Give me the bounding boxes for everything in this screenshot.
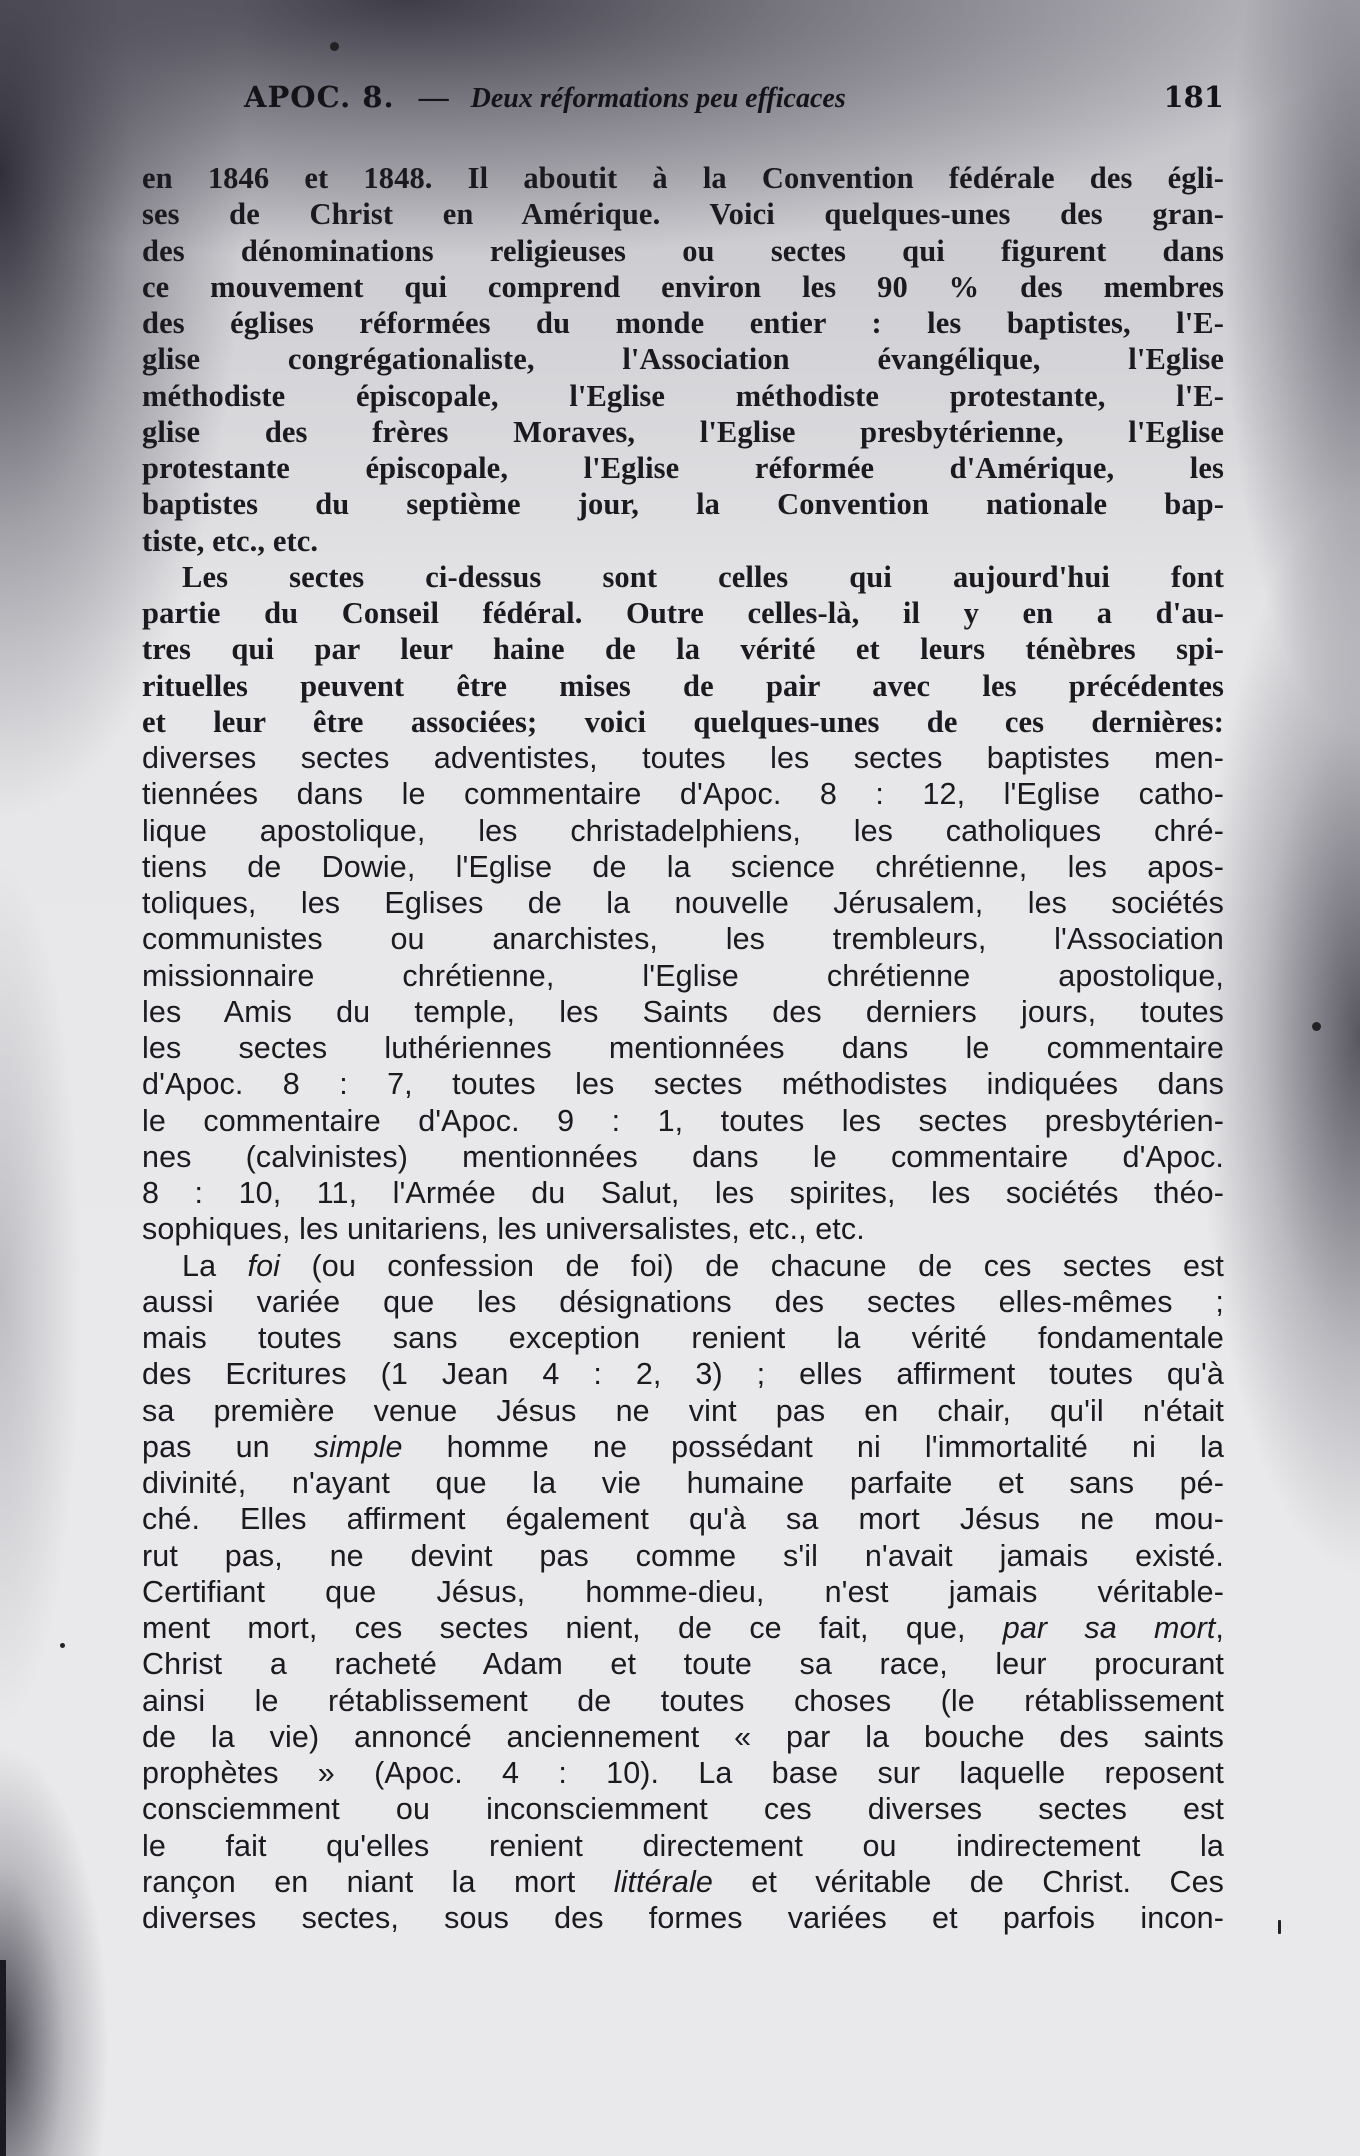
text-line: 8 : 10, 11, l'Armée du Salut, les spirit… xyxy=(142,1175,1224,1211)
text-line: lique apostolique, les christadelphiens,… xyxy=(142,813,1224,849)
text-line: toliques, les Eglises de la nouvelle Jér… xyxy=(142,885,1224,921)
text-line: ment mort, ces sectes nient, de ce fait,… xyxy=(142,1610,1224,1646)
paragraph-3: La foi (ou confession de foi) de chacune… xyxy=(142,1248,1224,1937)
text-line: méthodiste épiscopale, l'Eglise méthodis… xyxy=(142,378,1224,414)
text-line: diverses sectes adventistes, toutes les … xyxy=(142,740,1224,776)
italic-emphasis: par sa mort xyxy=(1003,1611,1216,1645)
text-line: des Ecritures (1 Jean 4 : 2, 3) ; elles … xyxy=(142,1356,1224,1392)
header-dash: — xyxy=(419,81,449,115)
text-line: et leur être associées; voici quelques-u… xyxy=(142,704,1224,740)
text-line: rançon en niant la mort littérale et vér… xyxy=(142,1864,1224,1900)
text-line: protestante épiscopale, l'Eglise réformé… xyxy=(142,450,1224,486)
text-line: sa première venue Jésus ne vint pas en c… xyxy=(142,1393,1224,1429)
text-line: La foi (ou confession de foi) de chacune… xyxy=(142,1248,1224,1284)
italic-emphasis: simple xyxy=(314,1430,403,1464)
scan-speck xyxy=(1312,1022,1321,1031)
text-line: Christ a racheté Adam et toute sa race, … xyxy=(142,1646,1224,1682)
text-line: aussi variée que les désignations des se… xyxy=(142,1284,1224,1320)
text-line: de la vie) annoncé anciennement « par la… xyxy=(142,1719,1224,1755)
text-line: le commentaire d'Apoc. 9 : 1, toutes les… xyxy=(142,1103,1224,1139)
text-line: pas un simple homme ne possédant ni l'im… xyxy=(142,1429,1224,1465)
text-line: baptistes du septième jour, la Conventio… xyxy=(142,486,1224,522)
text-line: des églises réformées du monde entier : … xyxy=(142,305,1224,341)
running-header: APOC. 8. — Deux réformations peu efficac… xyxy=(244,80,1224,130)
text-line: rituelles peuvent être mises de pair ave… xyxy=(142,668,1224,704)
scan-speck xyxy=(1278,1920,1281,1934)
italic-emphasis: littérale xyxy=(614,1865,713,1899)
text-line: rut pas, ne devint pas comme s'il n'avai… xyxy=(142,1538,1224,1574)
text-line: prophètes » (Apoc. 4 : 10). La base sur … xyxy=(142,1755,1224,1791)
text-line: ainsi le rétablissement de toutes choses… xyxy=(142,1683,1224,1719)
text-line: mais toutes sans exception renient la vé… xyxy=(142,1320,1224,1356)
text-line: d'Apoc. 8 : 7, toutes les sectes méthodi… xyxy=(142,1066,1224,1102)
text-line: glise des frères Moraves, l'Eglise presb… xyxy=(142,414,1224,450)
text-line: diverses sectes, sous des formes variées… xyxy=(142,1900,1224,1936)
text-line: le fait qu'elles renient directement ou … xyxy=(142,1828,1224,1864)
text-line: ce mouvement qui comprend environ les 90… xyxy=(142,269,1224,305)
text-line: communistes ou anarchistes, les trembleu… xyxy=(142,921,1224,957)
text-line: nes (calvinistes) mentionnées dans le co… xyxy=(142,1139,1224,1175)
text-line: sophiques, les unitariens, les universal… xyxy=(142,1211,1224,1247)
text-line: les sectes luthériennes mentionnées dans… xyxy=(142,1030,1224,1066)
text-line: en 1846 et 1848. Il aboutit à la Convent… xyxy=(142,160,1224,196)
text-line: Certifiant que Jésus, homme-dieu, n'est … xyxy=(142,1574,1224,1610)
scan-speck xyxy=(60,1643,65,1648)
text-line: tres qui par leur haine de la vérité et … xyxy=(142,631,1224,667)
text-line: tiste, etc., etc. xyxy=(142,523,1224,559)
chapter-reference: APOC. 8. xyxy=(244,80,395,114)
text-line: ché. Elles affirment également qu'à sa m… xyxy=(142,1501,1224,1537)
page-number: 181 xyxy=(1163,80,1224,114)
running-title: Deux réformations peu efficaces xyxy=(471,83,846,115)
paragraph-1: en 1846 et 1848. Il aboutit à la Convent… xyxy=(142,160,1224,559)
text-line: Les sectes ci-dessus sont celles qui auj… xyxy=(142,559,1224,595)
text-line: les Amis du temple, les Saints des derni… xyxy=(142,994,1224,1030)
text-line: glise congrégationaliste, l'Association … xyxy=(142,341,1224,377)
text-line: tiens de Dowie, l'Eglise de la science c… xyxy=(142,849,1224,885)
paragraph-2: Les sectes ci-dessus sont celles qui auj… xyxy=(142,559,1224,1248)
text-line: des dénominations religieuses ou sectes … xyxy=(142,233,1224,269)
italic-emphasis: foi xyxy=(248,1249,281,1283)
text-line: ses de Christ en Amérique. Voici quelque… xyxy=(142,196,1224,232)
scan-speck xyxy=(330,42,339,51)
text-line: consciemment ou inconsciemment ces diver… xyxy=(142,1791,1224,1827)
text-line: divinité, n'ayant que la vie humaine par… xyxy=(142,1465,1224,1501)
text-line: partie du Conseil fédéral. Outre celles-… xyxy=(142,595,1224,631)
scan-edge-bar xyxy=(0,1960,6,2156)
body-text: en 1846 et 1848. Il aboutit à la Convent… xyxy=(142,160,1224,1936)
text-line: missionnaire chrétienne, l'Eglise chréti… xyxy=(142,958,1224,994)
text-line: tiennées dans le commentaire d'Apoc. 8 :… xyxy=(142,776,1224,812)
